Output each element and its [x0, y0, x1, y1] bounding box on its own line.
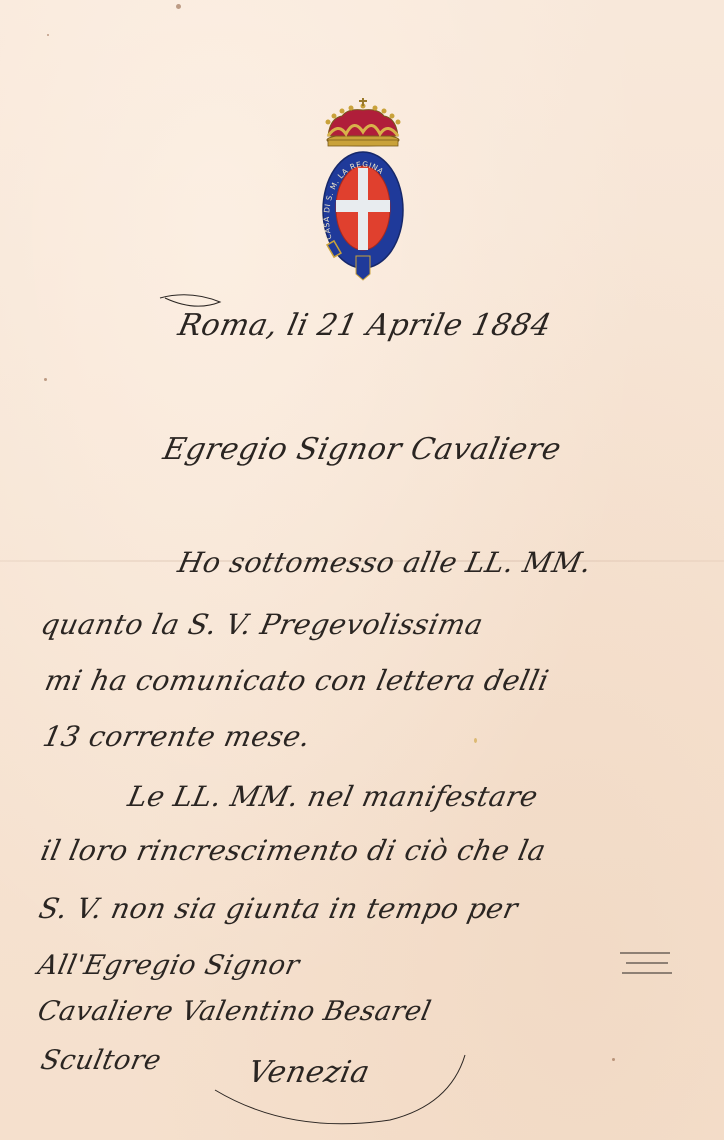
address-line: Cavaliere Valentino Besarel [35, 996, 434, 1027]
paper-speck [47, 34, 49, 36]
address-bracket-flourish [612, 945, 682, 985]
letter-page: CASA DI S. M. LA REGINA Roma, li 21 Apri… [0, 0, 724, 1140]
paper-speck [612, 1058, 615, 1061]
crown-icon [326, 98, 401, 146]
paper-speck [44, 378, 47, 381]
body-line: S. V. non sia giunta in tempo per [36, 892, 521, 925]
body-line: il loro rincrescimento di ciò che la [38, 834, 549, 867]
address-line: Scultore [38, 1045, 164, 1076]
paper-speck [176, 4, 181, 9]
body-line: Ho sottomesso alle LL. MM. [175, 546, 595, 579]
body-line: Le LL. MM. nel manifestare [125, 780, 541, 813]
royal-crest-icon: CASA DI S. M. LA REGINA [318, 96, 408, 282]
body-line: 13 corrente mese. [40, 720, 314, 753]
royal-crest: CASA DI S. M. LA REGINA [318, 96, 408, 282]
body-line: mi ha comunicato con lettera delli [42, 664, 552, 697]
address-line: All'Egregio Signor [35, 950, 302, 981]
paper-speck [474, 738, 477, 743]
address-city: Venezia [245, 1055, 373, 1090]
place-date-line: Roma, li 21 Aprile 1884 [175, 308, 554, 343]
body-line: quanto la S. V. Pregevolissima [38, 608, 486, 641]
salutation: Egregio Signor Cavaliere [160, 432, 564, 467]
